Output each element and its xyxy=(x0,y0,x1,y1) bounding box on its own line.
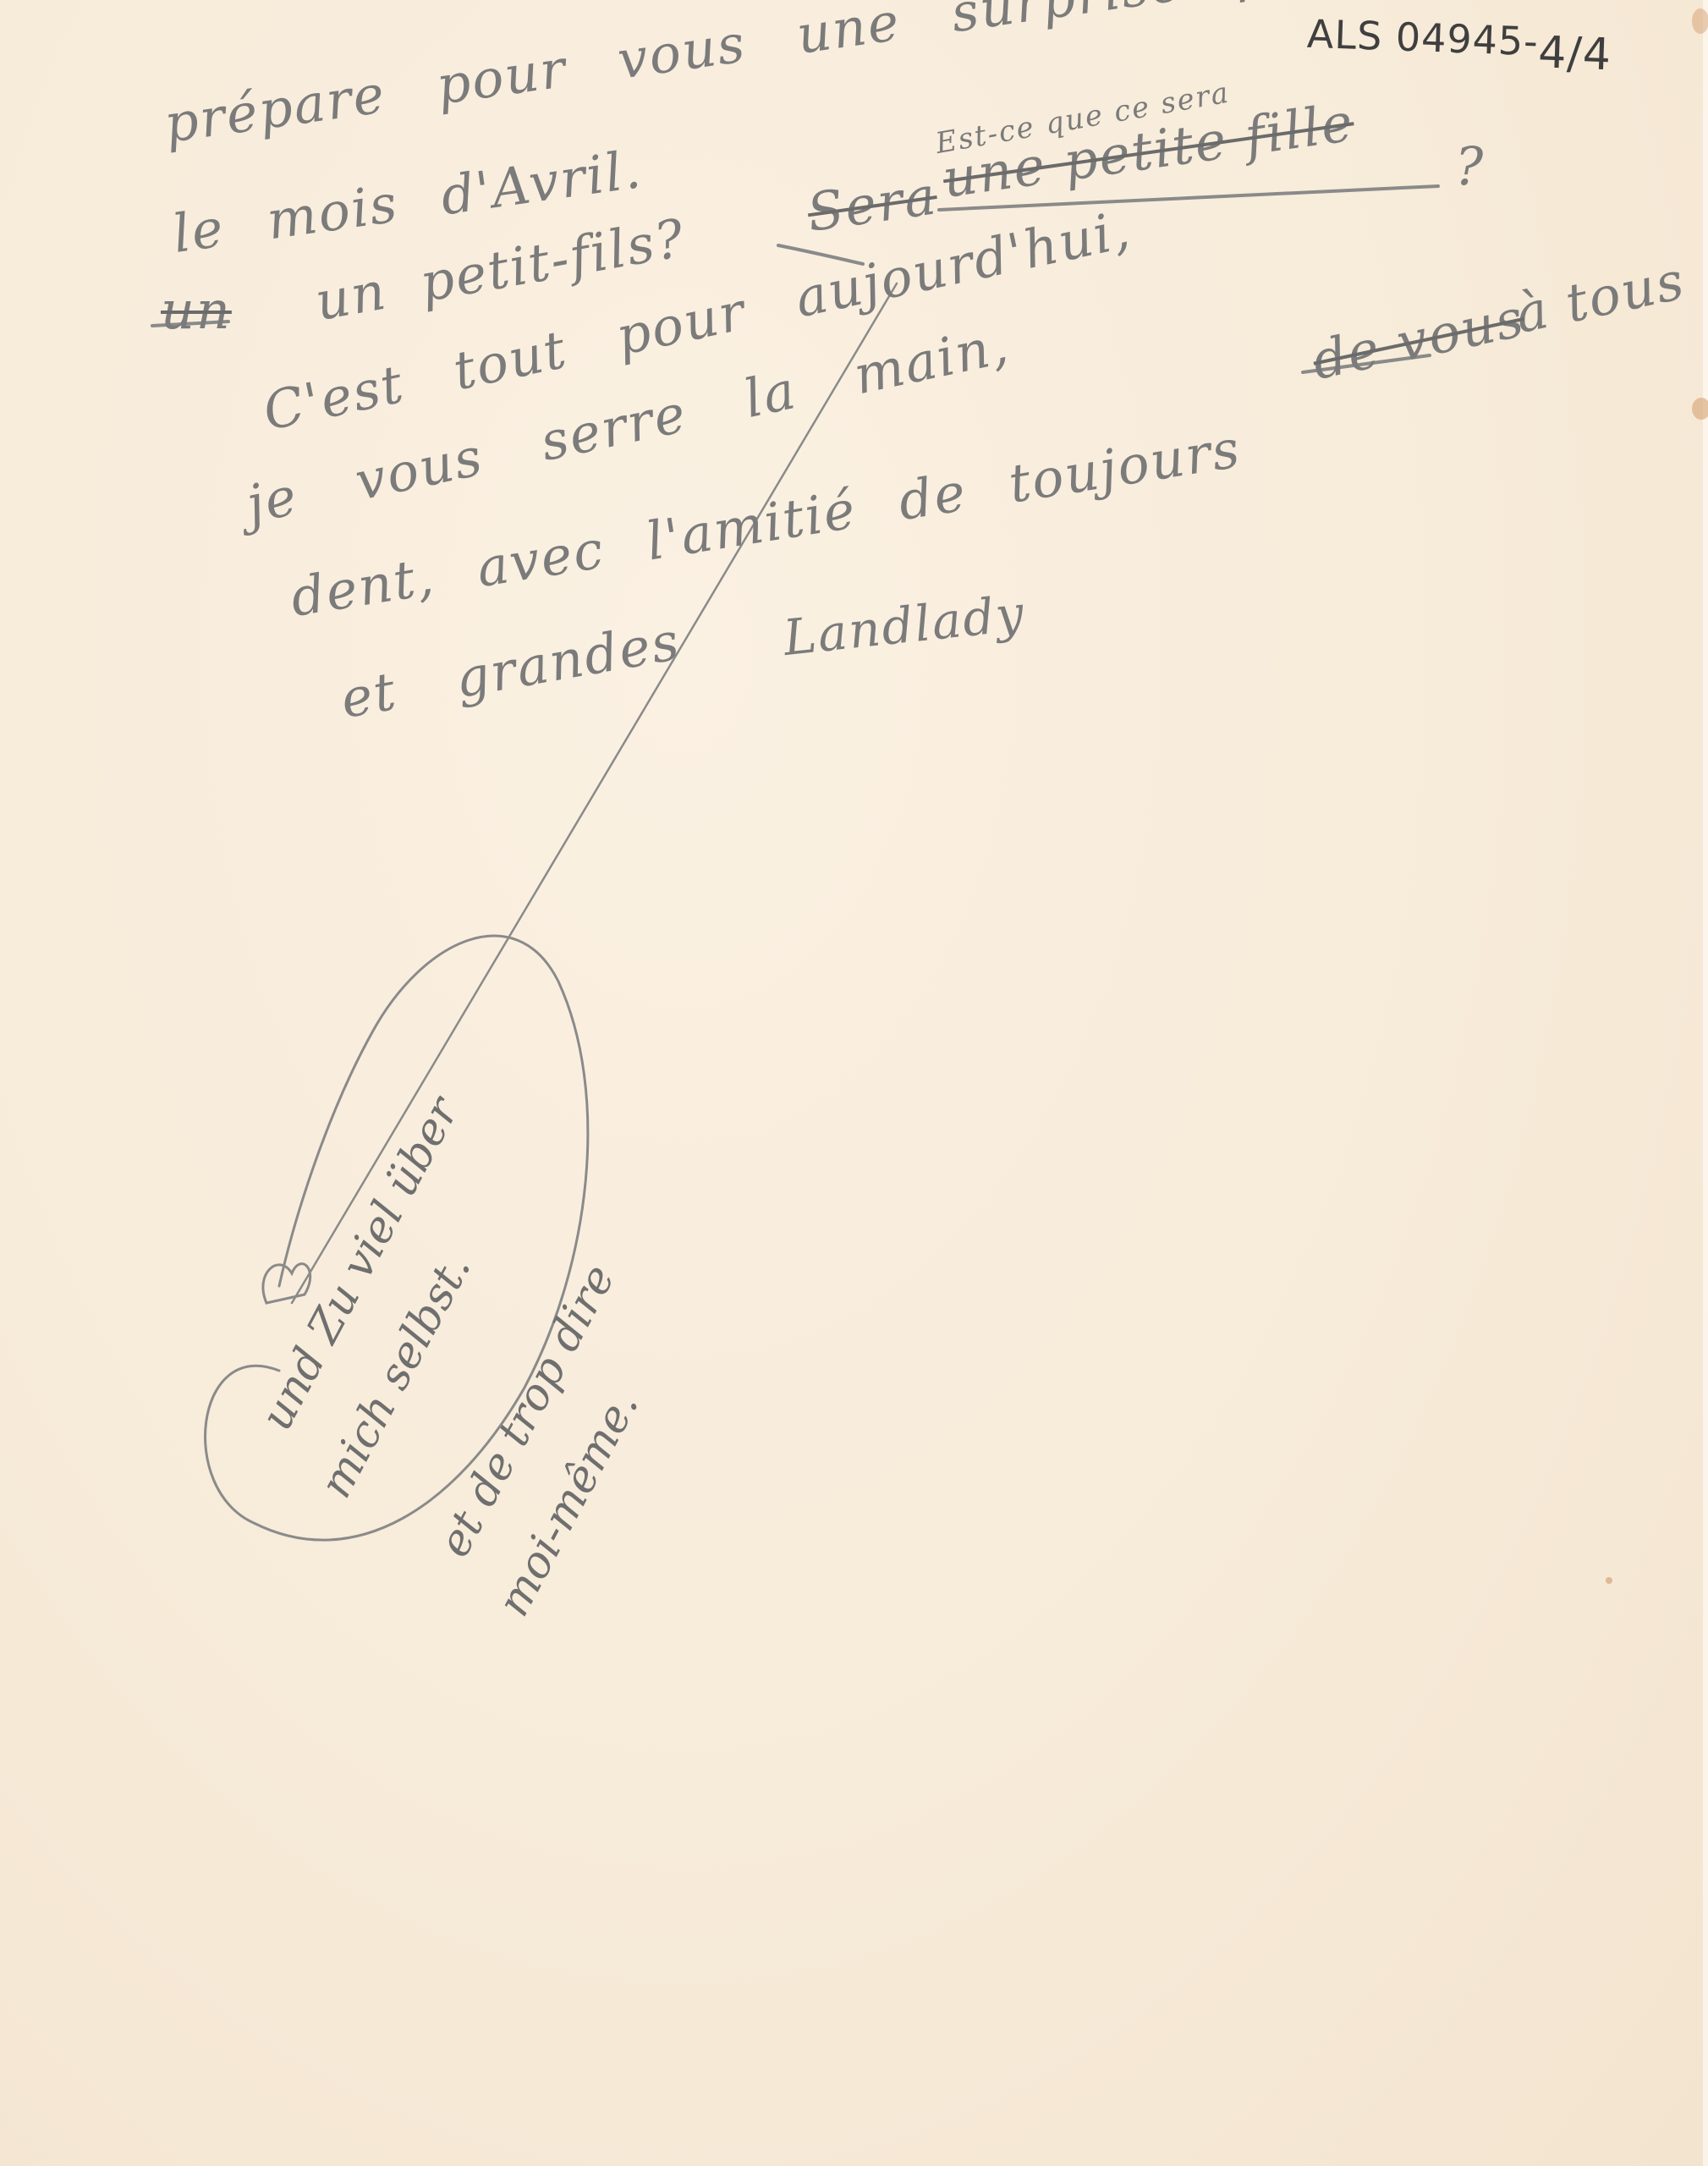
question-mark: ? xyxy=(1455,135,1485,197)
struck-word-un: un xyxy=(161,279,232,341)
